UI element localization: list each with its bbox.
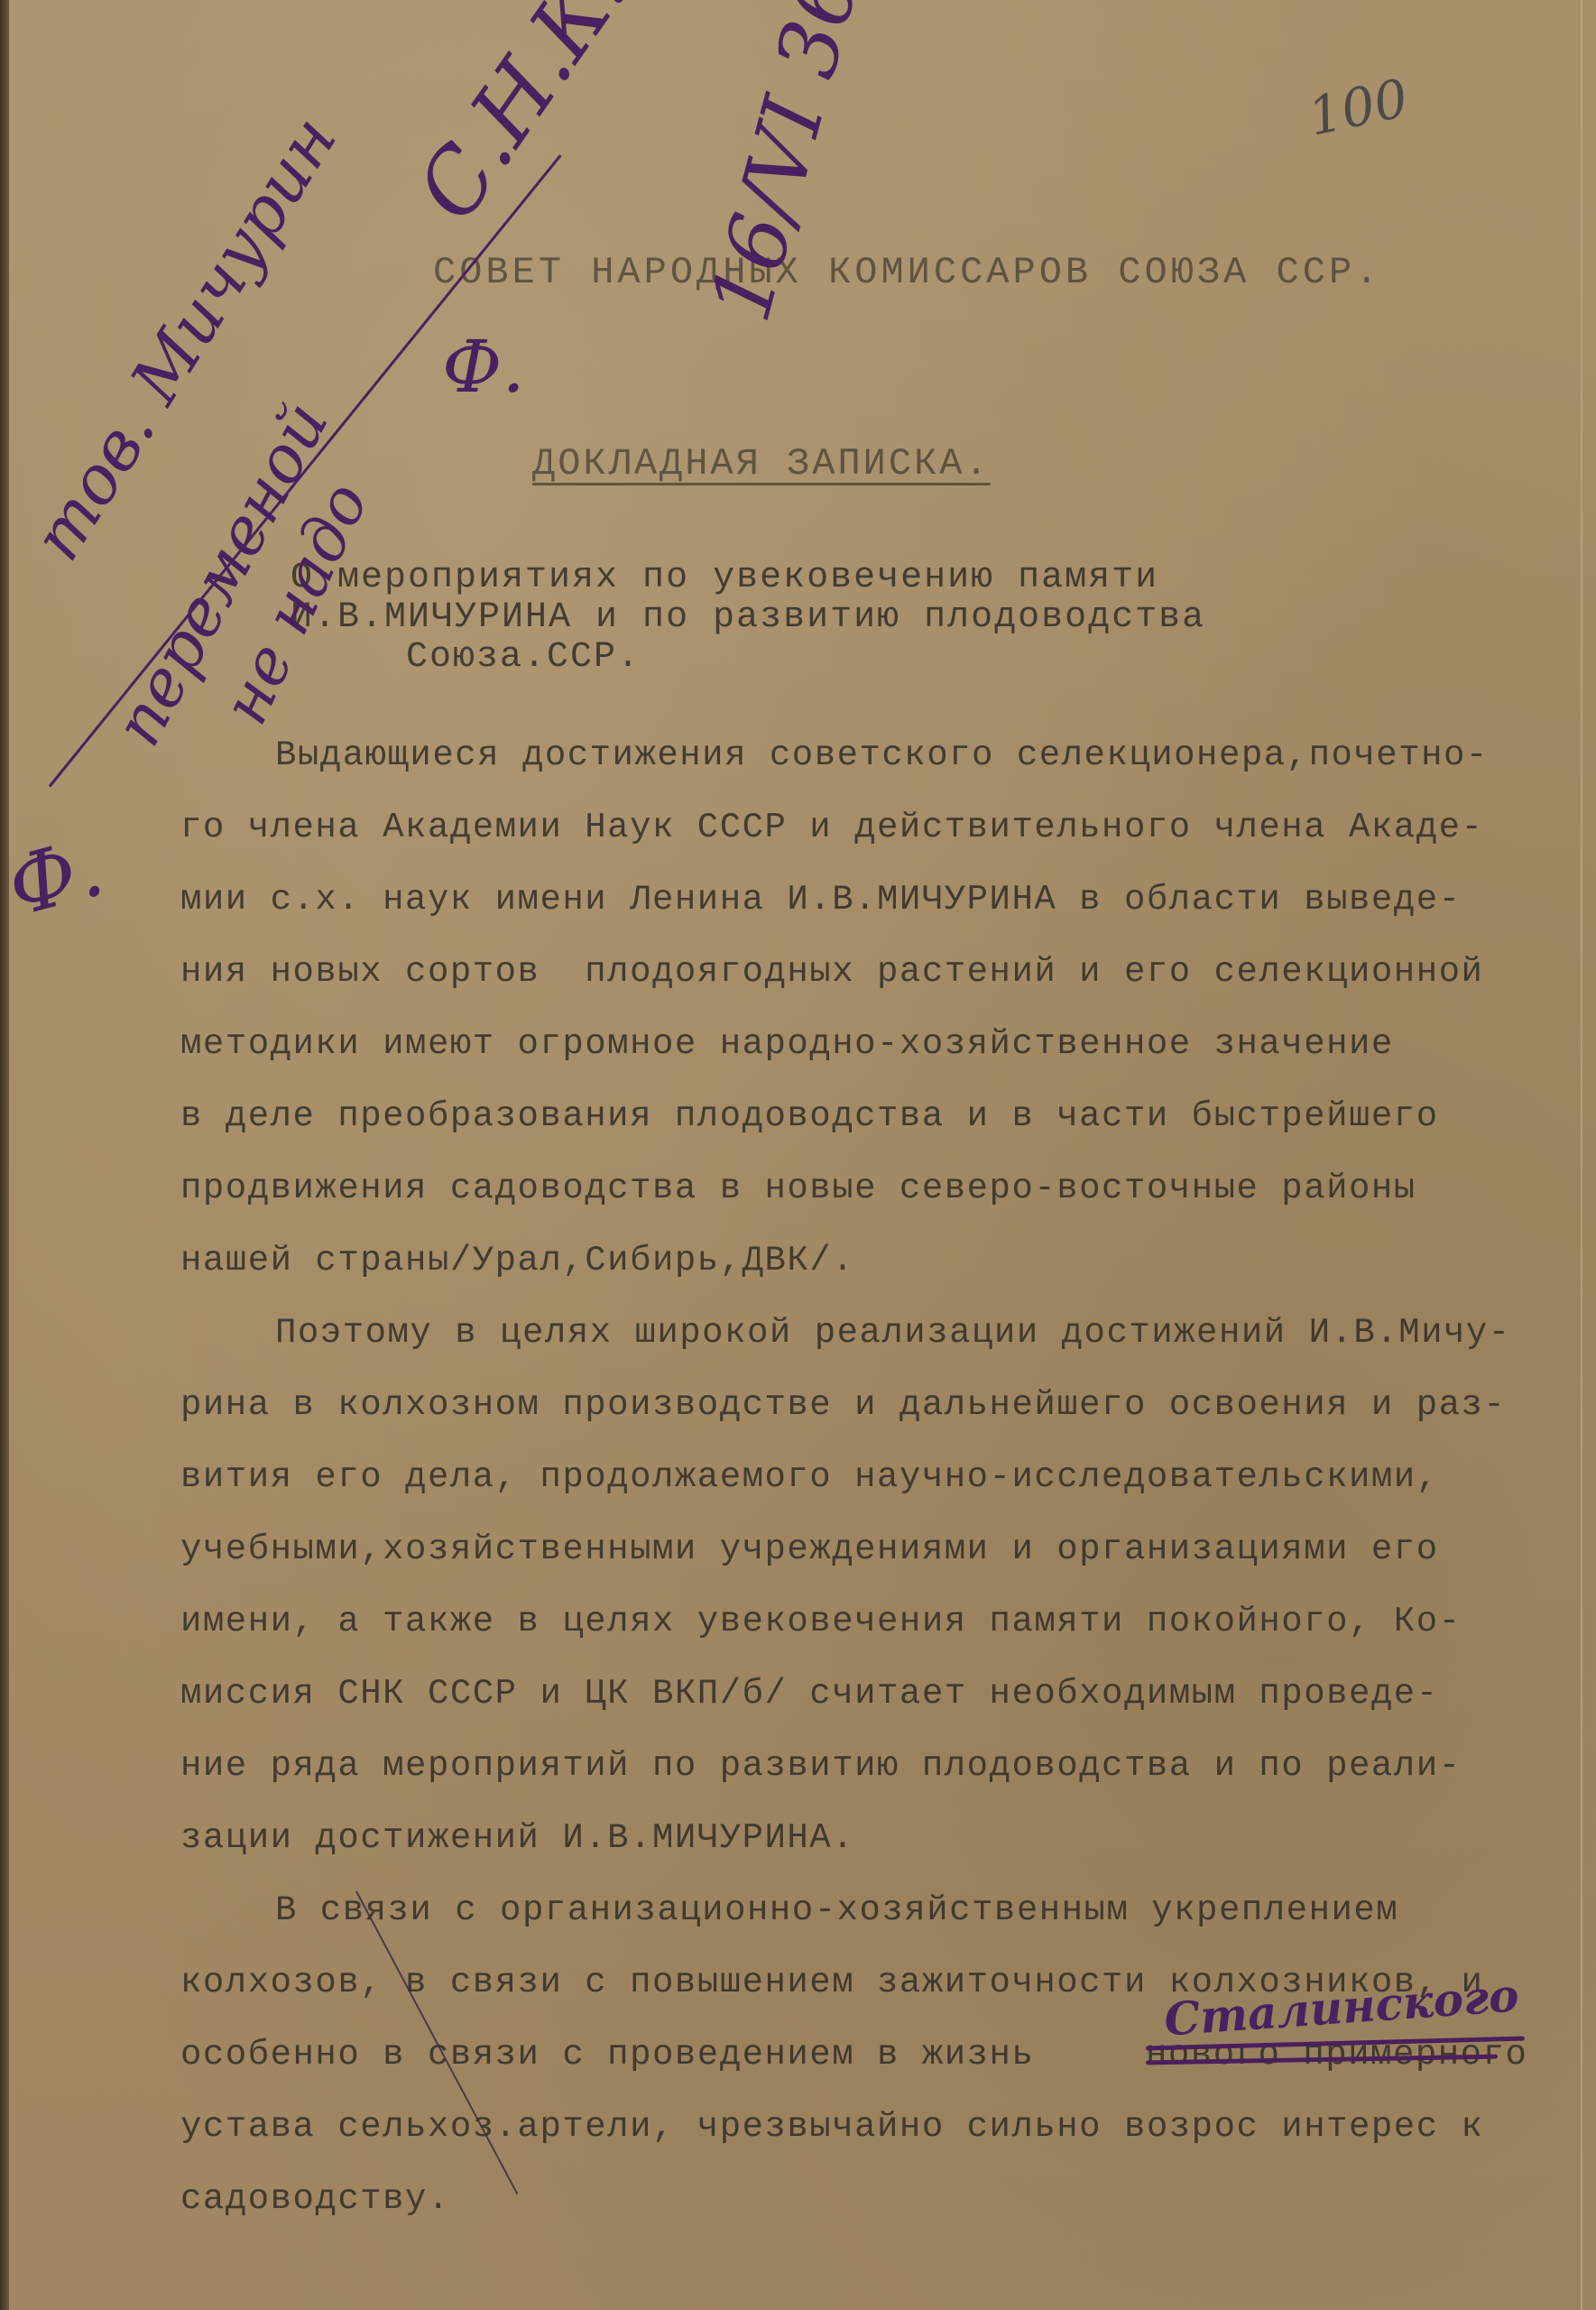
body-line: учебными,хозяйственными учреждениями и о… — [180, 1529, 1439, 1569]
body-line: в деле преобразования плодоводства и в ч… — [180, 1096, 1439, 1136]
body-line: методики имеют огромное народно-хозяйств… — [180, 1024, 1394, 1064]
body-line: го члена Академии Наук СССР и действител… — [180, 808, 1483, 847]
subject-line: Союза.ССР. — [406, 637, 641, 678]
body-line: особенно в связи с проведением в жизнь — [180, 2035, 1034, 2074]
subject-line: И.В.МИЧУРИНА и по развитию плодоводства — [291, 597, 1205, 638]
page-edge — [0, 0, 9, 2310]
body-line: садоводству. — [180, 2179, 450, 2219]
body-line: ния новых сортов плодоягодных растений и… — [180, 952, 1483, 992]
handwritten-initial: Ф. — [442, 325, 525, 409]
document-title: ДОКЛАДНАЯ ЗАПИСКА. — [532, 442, 991, 485]
body-line: В связи с организационно-хозяйственным у… — [275, 1890, 1398, 1930]
body-line: устава сельхоз.артели, чрезвычайно сильн… — [180, 2107, 1483, 2147]
page-fold — [1581, 0, 1582, 2310]
body-line: Поэтому в целях широкой реализации дости… — [275, 1313, 1511, 1353]
body-line: нашей страны/Урал,Сибирь,ДВК/. — [180, 1241, 854, 1280]
body-line: зации достижений И.В.МИЧУРИНА. — [180, 1818, 854, 1858]
body-line: имени, а также в целях увековечения памя… — [180, 1602, 1462, 1641]
document-header: СОВЕТ НАРОДНЫХ КОМИССАРОВ СОЮЗА ССР. — [433, 251, 1381, 294]
body-line: вития его дела, продолжаемого научно-исс… — [180, 1457, 1439, 1497]
body-line: продвижения садоводства в новые северо-в… — [180, 1169, 1416, 1208]
subject-line: О мероприятиях по увековечению памяти — [291, 558, 1158, 598]
body-line: рина в колхозном производстве и дальнейш… — [180, 1385, 1506, 1425]
body-line: мии с.х. наук имени Ленина И.В.МИЧУРИНА … — [180, 880, 1462, 919]
body-line: Выдающиеся достижения советского селекци… — [275, 735, 1489, 775]
body-line: ние ряда мероприятий по развитию плодово… — [180, 1746, 1462, 1786]
body-line: миссия СНК СССР и ЦК ВКП/б/ считает необ… — [180, 1674, 1439, 1714]
